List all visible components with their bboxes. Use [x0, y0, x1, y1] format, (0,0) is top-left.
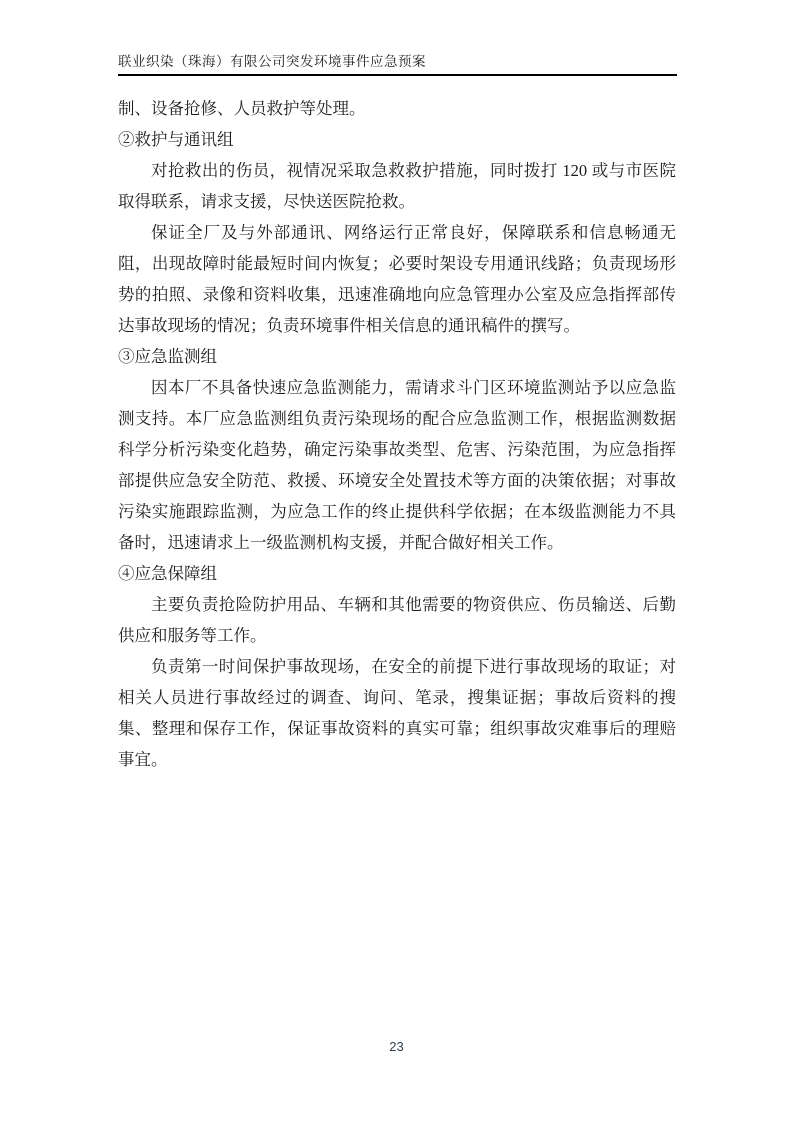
paragraph: 负责第一时间保护事故现场，在安全的前提下进行事故现场的取证；对相关人员进行事故经…	[118, 651, 676, 775]
paragraph-heading: ③应急监测组	[118, 341, 676, 372]
header-title: 联业织染（珠海）有限公司突发环境事件应急预案	[118, 54, 426, 69]
page-footer: 23	[0, 1038, 793, 1056]
paragraph: 对抢救出的伤员，视情况采取急救救护措施，同时拨打 120 或与市医院取得联系，请…	[118, 155, 676, 217]
document-body: 制、设备抢修、人员救护等处理。②救护与通讯组对抢救出的伤员，视情况采取急救救护措…	[118, 93, 676, 775]
paragraph-heading: ②救护与通讯组	[118, 124, 676, 155]
paragraph: 制、设备抢修、人员救护等处理。	[118, 93, 676, 124]
document-page: 联业织染（珠海）有限公司突发环境事件应急预案 制、设备抢修、人员救护等处理。②救…	[0, 0, 793, 1122]
paragraph: 主要负责抢险防护用品、车辆和其他需要的物资供应、伤员输送、后勤供应和服务等工作。	[118, 589, 676, 651]
page-header: 联业织染（珠海）有限公司突发环境事件应急预案	[118, 50, 677, 76]
paragraph: 保证全厂及与外部通讯、网络运行正常良好，保障联系和信息畅通无阻，出现故障时能最短…	[118, 217, 676, 341]
paragraph-heading: ④应急保障组	[118, 558, 676, 589]
paragraph: 因本厂不具备快速应急监测能力，需请求斗门区环境监测站予以应急监测支持。本厂应急监…	[118, 372, 676, 558]
page-number: 23	[389, 1039, 403, 1054]
